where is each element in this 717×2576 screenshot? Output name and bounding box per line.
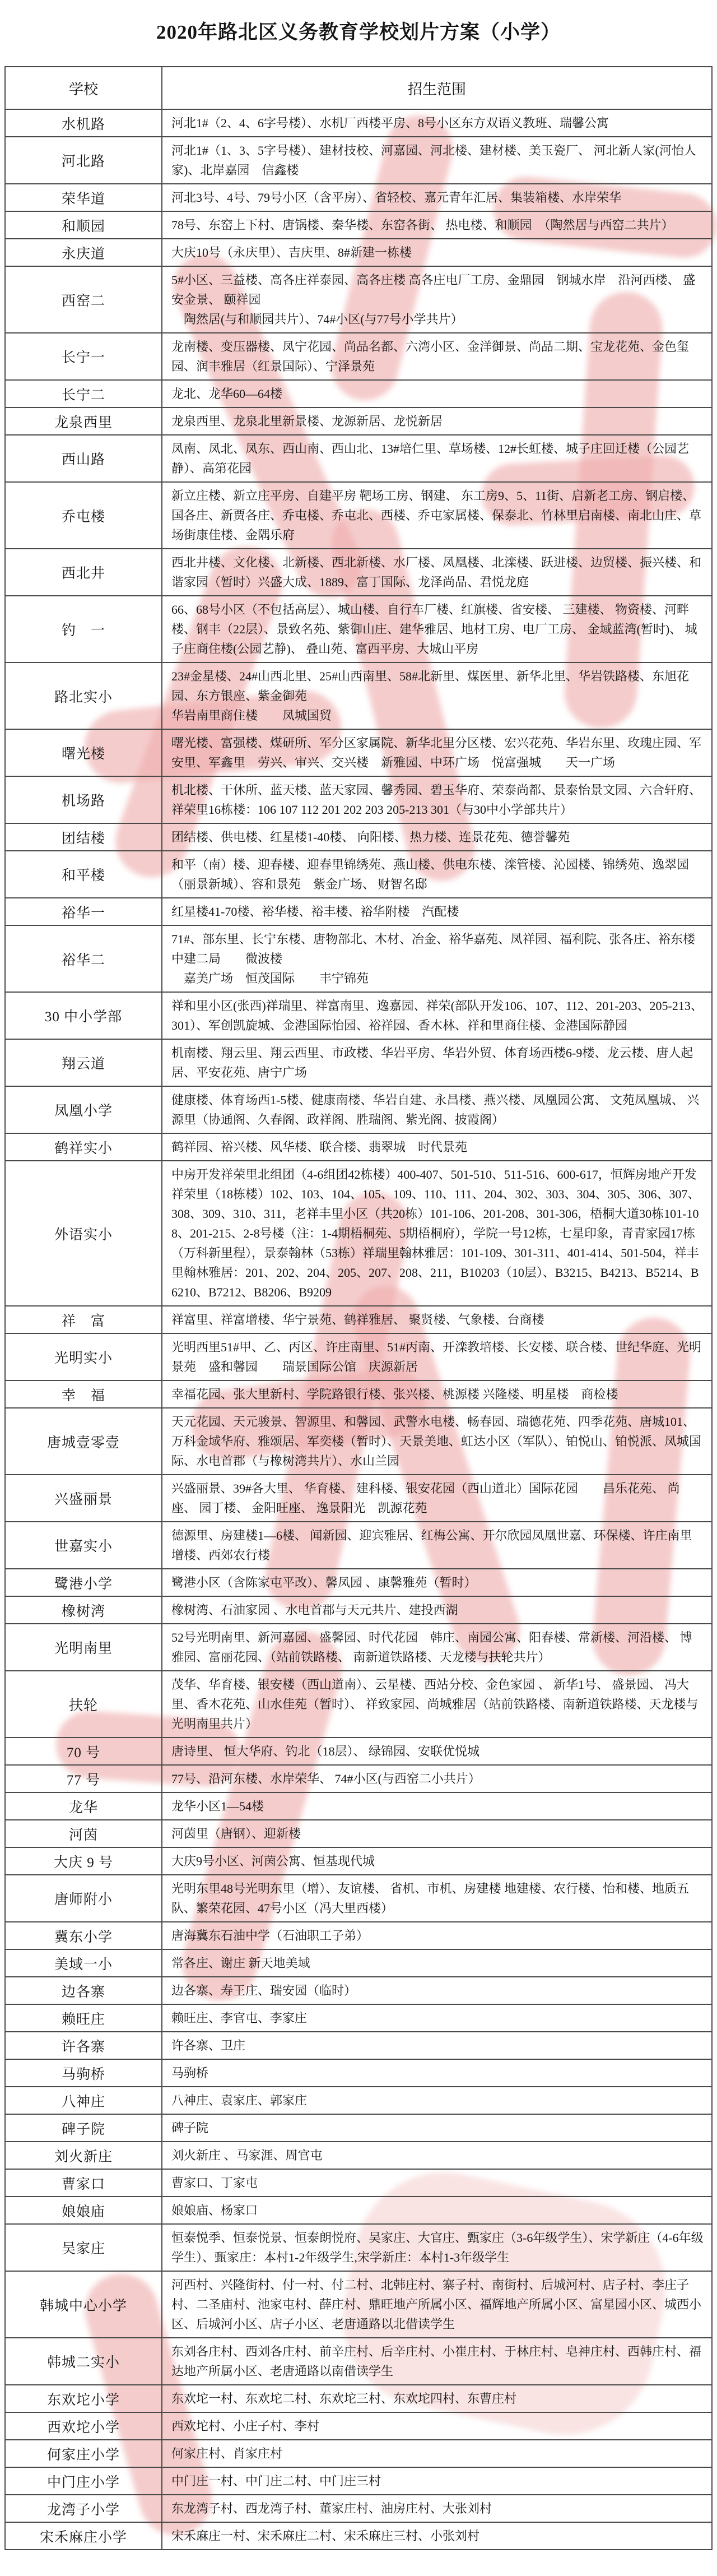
range-cell: 77号、沿河东楼、水岸荣华、 74#小区(与西窑二小共片） bbox=[162, 1765, 712, 1792]
range-cell: 团结楼、供电楼、红星楼1-40楼、 向阳楼、 热力楼、连景花苑、德誉馨苑 bbox=[162, 823, 712, 851]
range-cell: 天元花园、天元骏景、智源里、和馨园、武警水电楼、畅春园、瑞德花苑、四季花苑、唐城… bbox=[162, 1408, 712, 1475]
school-cell: 赖旺庄 bbox=[5, 2004, 162, 2032]
school-cell: 光明实小 bbox=[5, 1333, 162, 1380]
table-row: 刘火新庄刘火新庄 、马家涯、周官屯 bbox=[5, 2142, 712, 2169]
school-cell: 兴盛丽景 bbox=[5, 1475, 162, 1522]
school-cell: 宋禾麻庄小学 bbox=[5, 2522, 162, 2550]
school-cell: 河北路 bbox=[5, 137, 162, 184]
school-cell: 唐城壹零壹 bbox=[5, 1408, 162, 1475]
range-cell: 71#、部东里、长宁东楼、唐物部北、木材、冶金、裕华嘉苑、凤祥园、福利院、张各庄… bbox=[162, 925, 712, 992]
range-cell: 娘娘庙、杨家口 bbox=[162, 2197, 712, 2224]
table-row: 马驹桥马驹桥 bbox=[5, 2059, 712, 2087]
school-cell: 团结楼 bbox=[5, 823, 162, 851]
table-row: 唐师附小光明东里48号光明东里（增）、友谊楼、 省机、市机、房建楼 地建楼、农行… bbox=[5, 1875, 712, 1922]
table-row: 兴盛丽景兴盛丽景、39#各大里、 华育楼、 建科楼、银安花园（西山道北）国际花园… bbox=[5, 1475, 712, 1522]
school-cell: 龙华 bbox=[5, 1792, 162, 1820]
table-row: 河茵河茵里（唐钢）、迎新楼 bbox=[5, 1820, 712, 1847]
table-row: 乔屯楼新立庄楼、新立庄平房、自建平房 靶场工房、钢建、 东工房9、5、11街、启… bbox=[5, 482, 712, 549]
page-title: 2020年路北区义务教育学校划片方案（小学） bbox=[0, 0, 717, 66]
school-cell: 西欢坨小学 bbox=[5, 2412, 162, 2440]
table-row: 幸 福幸福花园、张大里新村、学院路银行楼、张兴楼、桃源楼 兴隆楼、明星楼 商检楼 bbox=[5, 1380, 712, 1408]
table-row: 中门庄小学中门庄一村、中门庄二村、中门庄三村 bbox=[5, 2467, 712, 2495]
column-header-range: 招生范围 bbox=[162, 67, 712, 109]
school-cell: 吴家庄 bbox=[5, 2224, 162, 2271]
table-row: 西北井西北井楼、文化楼、北新楼、西北新楼、水厂楼、凤凰楼、北滦楼、跃进楼、边贸楼… bbox=[5, 549, 712, 596]
header-row: 学校 招生范围 bbox=[5, 67, 712, 109]
table-header: 学校 招生范围 bbox=[5, 67, 712, 109]
table-row: 龙泉西里龙泉西里、龙泉北里新景楼、龙源新居、龙悦新居 bbox=[5, 407, 712, 435]
table-row: 长宁一龙南楼、变压器楼、凤宁花园、尚品名都、六湾小区、金洋御景、尚品二期、宝龙花… bbox=[5, 333, 712, 380]
school-cell: 中门庄小学 bbox=[5, 2467, 162, 2495]
table-row: 裕华一红星楼41-70楼、裕华楼、裕丰楼、裕华附楼 汽配楼 bbox=[5, 898, 712, 925]
table-row: 冀东小学唐海冀东石油中学（石油职工子弟） bbox=[5, 1922, 712, 1949]
school-cell: 永庆道 bbox=[5, 239, 162, 266]
range-cell: 恒泰悦季、恒泰悦景、恒泰朗悦府、吴家庄、大官庄、甄家庄（3-6年级学生）、宋学新… bbox=[162, 2224, 712, 2271]
table-row: 长宁二龙北、龙华60—64楼 bbox=[5, 380, 712, 407]
school-cell: 龙湾子小学 bbox=[5, 2495, 162, 2522]
school-cell: 西山路 bbox=[5, 435, 162, 482]
table-row: 鹤祥实小鹤祥园、裕兴楼、风华楼、联合楼、翡翠城 时代景苑 bbox=[5, 1133, 712, 1161]
school-cell: 路北实小 bbox=[5, 662, 162, 729]
table-row: 70 号唐诗里、 恒大华府、钓北（18层）、 绿锦园、安联优悦城 bbox=[5, 1738, 712, 1765]
table-row: 祥 富祥富里、祥富增楼、华宁景苑、鹤祥雅居、 聚贤楼、气象楼、台商楼 bbox=[5, 1306, 712, 1333]
table-row: 世嘉实小德源里、房建楼1—6楼、 闻新园、迎宾雅居、红梅公寓、开尔欣园凤凰世嘉、… bbox=[5, 1522, 712, 1569]
range-cell: 鹤祥园、裕兴楼、风华楼、联合楼、翡翠城 时代景苑 bbox=[162, 1133, 712, 1161]
table-row: 团结楼团结楼、供电楼、红星楼1-40楼、 向阳楼、 热力楼、连景花苑、德誉馨苑 bbox=[5, 823, 712, 851]
school-cell: 扶轮 bbox=[5, 1671, 162, 1738]
school-cell: 裕华二 bbox=[5, 925, 162, 992]
school-cell: 凤凰小学 bbox=[5, 1086, 162, 1133]
range-cell: 龙泉西里、龙泉北里新景楼、龙源新居、龙悦新居 bbox=[162, 407, 712, 435]
school-cell: 边各寨 bbox=[5, 1977, 162, 2004]
table-row: 77 号77号、沿河东楼、水岸荣华、 74#小区(与西窑二小共片） bbox=[5, 1765, 712, 1792]
range-cell: 光明东里48号光明东里（增）、友谊楼、 省机、市机、房建楼 地建楼、农行楼、怡和… bbox=[162, 1875, 712, 1922]
school-zoning-table: 学校 招生范围 水机路河北1#（2、4、6字号楼）、水机厂西楼平房、8号小区东方… bbox=[4, 66, 713, 2550]
table-row: 凤凰小学健康楼、体育场西1-5楼、健康南楼、华岩自建、永昌楼、燕兴楼、凤凰园公寓… bbox=[5, 1086, 712, 1133]
table-row: 和顺园78号、东窑上下村、唐锅楼、秦华楼、东窑各街、 热电楼、和顺园 （陶然居与… bbox=[5, 211, 712, 239]
table-row: 吴家庄恒泰悦季、恒泰悦景、恒泰朗悦府、吴家庄、大官庄、甄家庄（3-6年级学生）、… bbox=[5, 2224, 712, 2271]
school-cell: 西北井 bbox=[5, 549, 162, 596]
school-cell: 乔屯楼 bbox=[5, 482, 162, 549]
range-cell: 茂华、华育楼、银安楼（西山道南）、云星楼、西站分校、金色家园 、 新华1号、 盛… bbox=[162, 1671, 712, 1738]
table-row: 外语实小中房开发祥荣里北组团（4-6组团42栋楼）400-407、501-510… bbox=[5, 1161, 712, 1306]
school-cell: 世嘉实小 bbox=[5, 1522, 162, 1569]
school-cell: 何家庄小学 bbox=[5, 2440, 162, 2467]
range-cell: 机南楼、翔云里、翔云西里、市政楼、华岩平房、华岩外贸、体育场西楼6-9楼、龙云楼… bbox=[162, 1039, 712, 1086]
range-cell: 5#小区、三益楼、高各庄祥泰园、高各庄楼 高各庄电厂工房、金鼎园 钢城水岸 沿河… bbox=[162, 266, 712, 333]
table-row: 何家庄小学何家庄村、肖家庄村 bbox=[5, 2440, 712, 2467]
range-cell: 河北3号、4号、79号小区（含平房）、省轻校、嘉元青年汇居、集装箱楼、水岸荣华 bbox=[162, 184, 712, 211]
school-cell: 许各寨 bbox=[5, 2032, 162, 2059]
school-cell: 77 号 bbox=[5, 1765, 162, 1792]
school-cell: 美域一小 bbox=[5, 1949, 162, 1977]
range-cell: 东欢坨一村、东欢坨二村、东欢坨三村、东欢坨四村、东曹庄村 bbox=[162, 2385, 712, 2412]
table-row: 赖旺庄赖旺庄、李官屯、李家庄 bbox=[5, 2004, 712, 2032]
table-row: 八神庄八神庄、袁家庄、郭家庄 bbox=[5, 2087, 712, 2114]
range-cell: 曹家口、丁家屯 bbox=[162, 2169, 712, 2197]
table-row: 碑子院碑子院 bbox=[5, 2114, 712, 2142]
table-row: 龙湾子小学东龙湾子村、西龙湾子村、董家庄村、油房庄村、大张刘村 bbox=[5, 2495, 712, 2522]
table-row: 曙光楼曙光楼、富强楼、煤研所、军分区家属院、新华北里分区楼、宏兴花苑、华岩东里、… bbox=[5, 729, 712, 776]
range-cell: 和平（南）楼、迎春楼、迎春里锦绣苑、燕山楼、供电东楼、滦管楼、沁园楼、锦绣苑、逸… bbox=[162, 851, 712, 898]
school-cell: 唐师附小 bbox=[5, 1875, 162, 1922]
table-row: 大庆 9 号大庆9号小区、河茵公寓、恒基现代城 bbox=[5, 1847, 712, 1875]
range-cell: 橡树湾、石油家园 、水电首郡与天元共片、建投西湖 bbox=[162, 1596, 712, 1624]
table-row: 宋禾麻庄小学宋禾麻庄一村、宋禾麻庄二村、宋禾麻庄三村、小张刘村 bbox=[5, 2522, 712, 2550]
school-cell: 裕华一 bbox=[5, 898, 162, 925]
table-row: 唐城壹零壹天元花园、天元骏景、智源里、和馨园、武警水电楼、畅春园、瑞德花苑、四季… bbox=[5, 1408, 712, 1475]
range-cell: 河茵里（唐钢）、迎新楼 bbox=[162, 1820, 712, 1847]
school-cell: 长宁一 bbox=[5, 333, 162, 380]
school-cell: 70 号 bbox=[5, 1738, 162, 1765]
school-cell: 水机路 bbox=[5, 109, 162, 137]
school-cell: 河茵 bbox=[5, 1820, 162, 1847]
school-cell: 钓 一 bbox=[5, 596, 162, 662]
range-cell: 西北井楼、文化楼、北新楼、西北新楼、水厂楼、凤凰楼、北滦楼、跃进楼、边贸楼、振兴… bbox=[162, 549, 712, 596]
school-cell: 长宁二 bbox=[5, 380, 162, 407]
school-cell: 30 中小学部 bbox=[5, 992, 162, 1039]
range-cell: 大庆10号（永庆里）、吉庆里、8#新建一栋楼 bbox=[162, 239, 712, 266]
table-row: 裕华二71#、部东里、长宁东楼、唐物部北、木材、冶金、裕华嘉苑、凤祥园、福利院、… bbox=[5, 925, 712, 992]
table-row: 翔云道机南楼、翔云里、翔云西里、市政楼、华岩平房、华岩外贸、体育场西楼6-9楼、… bbox=[5, 1039, 712, 1086]
table-row: 扶轮茂华、华育楼、银安楼（西山道南）、云星楼、西站分校、金色家园 、 新华1号、… bbox=[5, 1671, 712, 1738]
school-cell: 大庆 9 号 bbox=[5, 1847, 162, 1875]
range-cell: 德源里、房建楼1—6楼、 闻新园、迎宾雅居、红梅公寓、开尔欣园凤凰世嘉、环保楼、… bbox=[162, 1522, 712, 1569]
range-cell: 鹭港小区（含陈家屯平改）、馨凤园 、康馨雅苑（暂时） bbox=[162, 1569, 712, 1596]
school-cell: 马驹桥 bbox=[5, 2059, 162, 2087]
table-row: 水机路河北1#（2、4、6字号楼）、水机厂西楼平房、8号小区东方双语义教班、瑞馨… bbox=[5, 109, 712, 137]
range-cell: 马驹桥 bbox=[162, 2059, 712, 2087]
range-cell: 光明西里51#甲、乙、丙区、许庄南里、51#丙南、开滦教培楼、长安楼、联合楼、世… bbox=[162, 1333, 712, 1380]
school-cell: 外语实小 bbox=[5, 1161, 162, 1306]
school-cell: 鹭港小学 bbox=[5, 1569, 162, 1596]
school-cell: 机场路 bbox=[5, 776, 162, 823]
range-cell: 宋禾麻庄一村、宋禾麻庄二村、宋禾麻庄三村、小张刘村 bbox=[162, 2522, 712, 2550]
school-cell: 八神庄 bbox=[5, 2087, 162, 2114]
table-row: 韩城二实小东刘各庄村、西刘各庄村、前辛庄村、后辛庄村、小崔庄村、于林庄村、皂神庄… bbox=[5, 2338, 712, 2385]
range-cell: 曙光楼、富强楼、煤研所、军分区家属院、新华北里分区楼、宏兴花苑、华岩东里、玫瑰庄… bbox=[162, 729, 712, 776]
range-cell: 凤南、凤北、凤东、西山南、西山北、13#培仁里、草场楼、12#长虹楼、城子庄回迁… bbox=[162, 435, 712, 482]
range-cell: 健康楼、体育场西1-5楼、健康南楼、华岩自建、永昌楼、燕兴楼、凤凰园公寓、 文苑… bbox=[162, 1086, 712, 1133]
table-row: 荣华道河北3号、4号、79号小区（含平房）、省轻校、嘉元青年汇居、集装箱楼、水岸… bbox=[5, 184, 712, 211]
table-row: 光明南里52号光明南里、新河嘉园、盛馨园、时代花园 韩庄、南园公寓、阳春楼、常新… bbox=[5, 1624, 712, 1671]
range-cell: 西欢坨村、小庄子村、李村 bbox=[162, 2412, 712, 2440]
school-cell: 祥 富 bbox=[5, 1306, 162, 1333]
school-cell: 鹤祥实小 bbox=[5, 1133, 162, 1161]
school-cell: 娘娘庙 bbox=[5, 2197, 162, 2224]
school-cell: 韩城二实小 bbox=[5, 2338, 162, 2385]
range-cell: 边各寨、寿王庄、瑞安园（临时） bbox=[162, 1977, 712, 2004]
school-cell: 冀东小学 bbox=[5, 1922, 162, 1949]
range-cell: 龙华小区1—54楼 bbox=[162, 1792, 712, 1820]
range-cell: 东刘各庄村、西刘各庄村、前辛庄村、后辛庄村、小崔庄村、于林庄村、皂神庄村、西韩庄… bbox=[162, 2338, 712, 2385]
range-cell: 碑子院 bbox=[162, 2114, 712, 2142]
table-row: 许各寨许各寨、卫庄 bbox=[5, 2032, 712, 2059]
table-row: 30 中小学部祥和里小区(张西)祥瑞里、祥富南里、逸嘉园、祥荣(部队开发106、… bbox=[5, 992, 712, 1039]
range-cell: 东龙湾子村、西龙湾子村、董家庄村、油房庄村、大张刘村 bbox=[162, 2495, 712, 2522]
table-row: 钓 一66、68号小区（不包括高层）、城山楼、自行车厂楼、红旗楼、省安楼、 三建… bbox=[5, 596, 712, 662]
range-cell: 新立庄楼、新立庄平房、自建平房 靶场工房、钢建、 东工房9、5、11街、启新老工… bbox=[162, 482, 712, 549]
range-cell: 大庆9号小区、河茵公寓、恒基现代城 bbox=[162, 1847, 712, 1875]
school-cell: 光明南里 bbox=[5, 1624, 162, 1671]
table-row: 韩城中心小学河西村、兴隆街村、付一村、付二村、北韩庄村、寨子村、南街村、后城河村… bbox=[5, 2271, 712, 2338]
school-cell: 刘火新庄 bbox=[5, 2142, 162, 2169]
table-row: 机场路机北楼、干休所、蓝天楼、蓝天家园、馨秀园、碧玉华府、荣泰尚都、景泰怡景文园… bbox=[5, 776, 712, 823]
range-cell: 唐诗里、 恒大华府、钓北（18层）、 绿锦园、安联优悦城 bbox=[162, 1738, 712, 1765]
range-cell: 幸福花园、张大里新村、学院路银行楼、张兴楼、桃源楼 兴隆楼、明星楼 商检楼 bbox=[162, 1380, 712, 1408]
table-row: 西窑二5#小区、三益楼、高各庄祥泰园、高各庄楼 高各庄电厂工房、金鼎园 钢城水岸… bbox=[5, 266, 712, 333]
range-cell: 河北1#（1、3、5字号楼）、建材技校、河嘉园、河北楼、建材楼、美玉瓷厂、 河北… bbox=[162, 137, 712, 184]
range-cell: 66、68号小区（不包括高层）、城山楼、自行车厂楼、红旗楼、省安楼、 三建楼、 … bbox=[162, 596, 712, 662]
school-cell: 西窑二 bbox=[5, 266, 162, 333]
document-page: 2020年路北区义务教育学校划片方案（小学） 学校 招生范围 水机路河北1#（2… bbox=[0, 0, 717, 2576]
range-cell: 河北1#（2、4、6字号楼）、水机厂西楼平房、8号小区东方双语义教班、瑞馨公寓 bbox=[162, 109, 712, 137]
range-cell: 龙南楼、变压器楼、凤宁花园、尚品名都、六湾小区、金洋御景、尚品二期、宝龙花苑、金… bbox=[162, 333, 712, 380]
range-cell: 龙北、龙华60—64楼 bbox=[162, 380, 712, 407]
table-row: 光明实小光明西里51#甲、乙、丙区、许庄南里、51#丙南、开滦教培楼、长安楼、联… bbox=[5, 1333, 712, 1380]
table-row: 边各寨边各寨、寿王庄、瑞安园（临时） bbox=[5, 1977, 712, 2004]
school-cell: 曙光楼 bbox=[5, 729, 162, 776]
range-cell: 祥和里小区(张西)祥瑞里、祥富南里、逸嘉园、祥荣(部队开发106、107、112… bbox=[162, 992, 712, 1039]
table-row: 美域一小常各庄、谢庄 新天地美域 bbox=[5, 1949, 712, 1977]
range-cell: 何家庄村、肖家庄村 bbox=[162, 2440, 712, 2467]
school-cell: 幸 福 bbox=[5, 1380, 162, 1408]
range-cell: 许各寨、卫庄 bbox=[162, 2032, 712, 2059]
range-cell: 常各庄、谢庄 新天地美域 bbox=[162, 1949, 712, 1977]
range-cell: 中门庄一村、中门庄二村、中门庄三村 bbox=[162, 2467, 712, 2495]
range-cell: 机北楼、干休所、蓝天楼、蓝天家园、馨秀园、碧玉华府、荣泰尚都、景泰怡景文园、六合… bbox=[162, 776, 712, 823]
table-row: 永庆道大庆10号（永庆里）、吉庆里、8#新建一栋楼 bbox=[5, 239, 712, 266]
school-cell: 荣华道 bbox=[5, 184, 162, 211]
table-row: 鹭港小学鹭港小区（含陈家屯平改）、馨凤园 、康馨雅苑（暂时） bbox=[5, 1569, 712, 1596]
range-cell: 52号光明南里、新河嘉园、盛馨园、时代花园 韩庄、南园公寓、阳春楼、常新楼、河沿… bbox=[162, 1624, 712, 1671]
table-row: 娘娘庙娘娘庙、杨家口 bbox=[5, 2197, 712, 2224]
school-cell: 和顺园 bbox=[5, 211, 162, 239]
table-row: 西欢坨小学西欢坨村、小庄子村、李村 bbox=[5, 2412, 712, 2440]
table-row: 西山路凤南、凤北、凤东、西山南、西山北、13#培仁里、草场楼、12#长虹楼、城子… bbox=[5, 435, 712, 482]
table-row: 橡树湾橡树湾、石油家园 、水电首郡与天元共片、建投西湖 bbox=[5, 1596, 712, 1624]
range-cell: 红星楼41-70楼、裕华楼、裕丰楼、裕华附楼 汽配楼 bbox=[162, 898, 712, 925]
school-cell: 曹家口 bbox=[5, 2169, 162, 2197]
table-row: 路北实小23#金星楼、24#山西北里、25#山西南里、58#北新里、煤医里、新华… bbox=[5, 662, 712, 729]
column-header-school: 学校 bbox=[5, 67, 162, 109]
school-cell: 翔云道 bbox=[5, 1039, 162, 1086]
range-cell: 唐海冀东石油中学（石油职工子弟） bbox=[162, 1922, 712, 1949]
table-row: 和平楼和平（南）楼、迎春楼、迎春里锦绣苑、燕山楼、供电东楼、滦管楼、沁园楼、锦绣… bbox=[5, 851, 712, 898]
school-cell: 韩城中心小学 bbox=[5, 2271, 162, 2338]
range-cell: 23#金星楼、24#山西北里、25#山西南里、58#北新里、煤医里、新华北里、华… bbox=[162, 662, 712, 729]
range-cell: 中房开发祥荣里北组团（4-6组团42栋楼）400-407、501-510、511… bbox=[162, 1161, 712, 1306]
table-row: 河北路河北1#（1、3、5字号楼）、建材技校、河嘉园、河北楼、建材楼、美玉瓷厂、… bbox=[5, 137, 712, 184]
school-cell: 和平楼 bbox=[5, 851, 162, 898]
table-body: 水机路河北1#（2、4、6字号楼）、水机厂西楼平房、8号小区东方双语义教班、瑞馨… bbox=[5, 109, 712, 2550]
range-cell: 刘火新庄 、马家涯、周官屯 bbox=[162, 2142, 712, 2169]
table-row: 东欢坨小学东欢坨一村、东欢坨二村、东欢坨三村、东欢坨四村、东曹庄村 bbox=[5, 2385, 712, 2412]
range-cell: 祥富里、祥富增楼、华宁景苑、鹤祥雅居、 聚贤楼、气象楼、台商楼 bbox=[162, 1306, 712, 1333]
table-row: 曹家口曹家口、丁家屯 bbox=[5, 2169, 712, 2197]
school-cell: 龙泉西里 bbox=[5, 407, 162, 435]
range-cell: 八神庄、袁家庄、郭家庄 bbox=[162, 2087, 712, 2114]
range-cell: 78号、东窑上下村、唐锅楼、秦华楼、东窑各街、 热电楼、和顺园 （陶然居与西窑二… bbox=[162, 211, 712, 239]
school-cell: 橡树湾 bbox=[5, 1596, 162, 1624]
school-cell: 东欢坨小学 bbox=[5, 2385, 162, 2412]
range-cell: 兴盛丽景、39#各大里、 华育楼、 建科楼、银安花园（西山道北）国际花园 昌乐花… bbox=[162, 1475, 712, 1522]
table-row: 龙华龙华小区1—54楼 bbox=[5, 1792, 712, 1820]
school-cell: 碑子院 bbox=[5, 2114, 162, 2142]
range-cell: 河西村、兴隆街村、付一村、付二村、北韩庄村、寨子村、南街村、后城河村、店子村、李… bbox=[162, 2271, 712, 2338]
range-cell: 赖旺庄、李官屯、李家庄 bbox=[162, 2004, 712, 2032]
